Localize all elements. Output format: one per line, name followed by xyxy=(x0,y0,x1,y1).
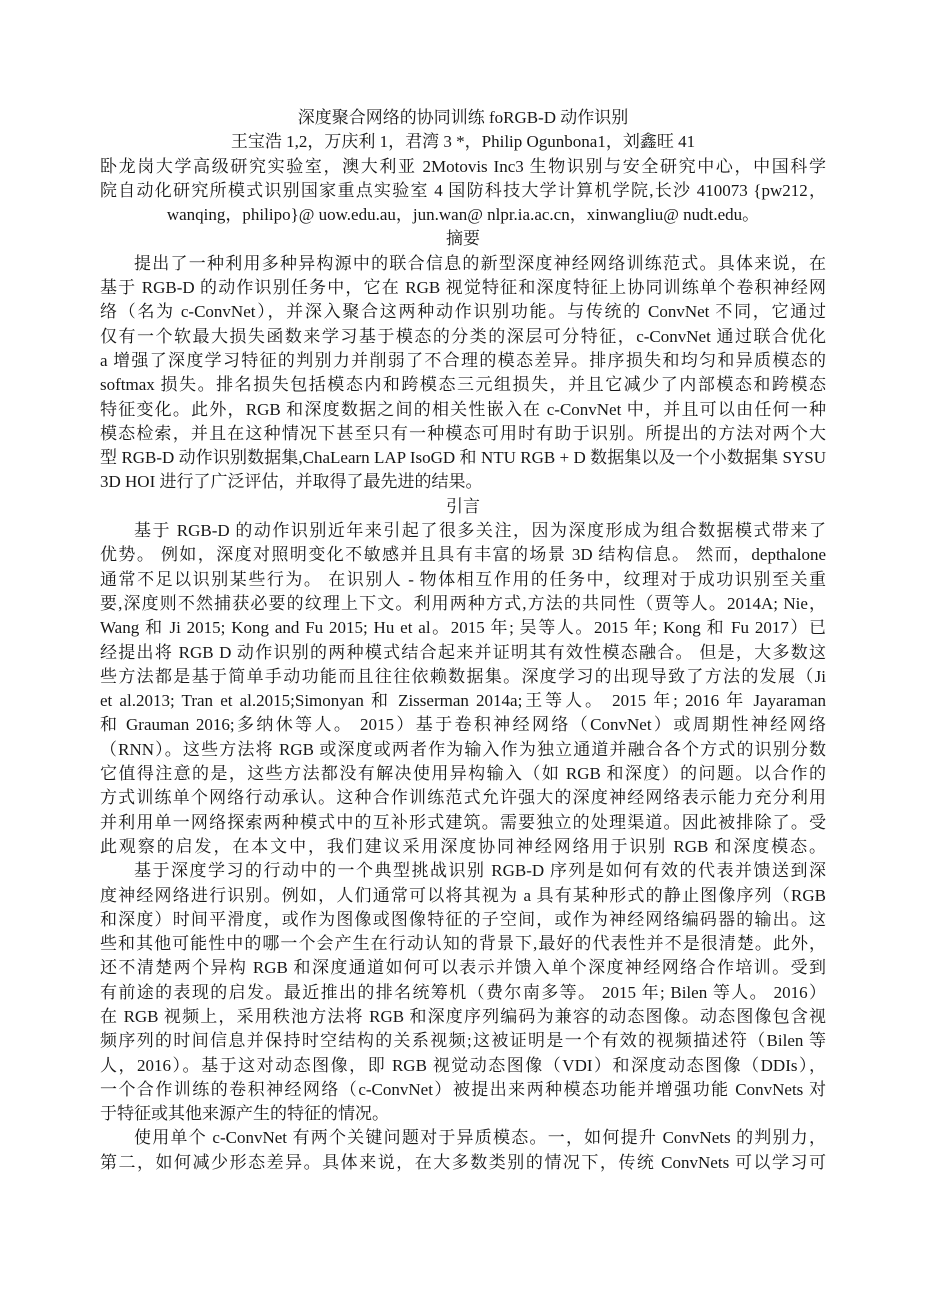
abstract-line: a 增强了深度学习特征的判别力并削弱了不合理的模态差异。排序损失和均匀和异质模态… xyxy=(100,349,826,373)
intro-line: 此观察的启发，在本文中，我们建议采用深度协同神经网络用于识别 RGB 和深度模态… xyxy=(100,835,826,859)
affiliation-line: 院自动化研究所模式识别国家重点实验室 4 国防科技大学计算机学院,长沙 4100… xyxy=(100,179,826,203)
intro-line: 并利用单一网络探索两种模式中的互补形式建筑。需要独立的处理渠道。因此被排除了。受 xyxy=(100,811,826,835)
abstract-line: 3D HOI 进行了广泛评估，并取得了最先进的结果。 xyxy=(100,470,826,494)
abstract-line: 提出了一种利用多种异构源中的联合信息的新型深度神经网络训练范式。具体来说，在 xyxy=(100,252,826,276)
intro-line: 要,深度则不然捕获必要的纹理上下文。利用两种方式,方法的共同性（贾等人。2014… xyxy=(100,592,826,616)
abstract-line: 模态检索，并且在这种情况下甚至只有一种模态可用时有助于识别。所提出的方法对两个大 xyxy=(100,422,826,446)
intro-line: 它值得注意的是，这些方法都没有解决使用异构输入（如 RGB 和深度）的问题。以合… xyxy=(100,762,826,786)
text-block: 深度聚合网络的协同训练 foRGB-D 动作识别王宝浩 1,2，万庆利 1，君湾… xyxy=(100,106,826,1175)
intro-line: Wang 和 Ji 2015; Kong and Fu 2015; Hu et … xyxy=(100,616,826,640)
intro-line: 经提出将 RGB D 动作识别的两种模式结合起来并证明其有效性模态融合。 但是，… xyxy=(100,641,826,665)
abstract-line: 特征变化。此外，RGB 和深度数据之间的相关性嵌入在 c-ConvNet 中，并… xyxy=(100,398,826,422)
intro-line: 优势。 例如，深度对照明变化不敏感并且具有丰富的场景 3D 结构信息。 然而，d… xyxy=(100,543,826,567)
intro-line: 基于深度学习的行动中的一个典型挑战识别 RGB-D 序列是如何有效的代表并馈送到… xyxy=(100,859,826,883)
affiliation-line: 卧龙岗大学高级研究实验室，澳大利亚 2Motovis Inc3 生物识别与安全研… xyxy=(100,155,826,179)
intro-line: et al.2013; Tran et al.2015;Simonyan 和 Z… xyxy=(100,689,826,713)
intro-line: 些方法都是基于简单手动功能而且往往依赖数据集。深度学习的出现导致了方法的发展（J… xyxy=(100,665,826,689)
email-line: wanqing，philipo}@ uow.edu.au，jun.wan@ nl… xyxy=(100,203,826,227)
abstract-heading: 摘要 xyxy=(100,227,826,251)
intro-line: 使用单个 c-ConvNet 有两个关键问题对于异质模态。一，如何提升 Conv… xyxy=(100,1126,826,1150)
abstract-line: 仅有一个软最大损失函数来学习基于模态的分类的深层可分特征，c-ConvNet 通… xyxy=(100,325,826,349)
intro-line: 于特征或其他来源产生的特征的情况。 xyxy=(100,1102,826,1126)
intro-line: 有前途的表现的启发。最近推出的排名统筹机（费尔南多等。 2015 年; Bile… xyxy=(100,981,826,1005)
abstract-line: 型 RGB-D 动作识别数据集,ChaLearn LAP IsoGD 和 NTU… xyxy=(100,446,826,470)
intro-line: 基于 RGB-D 的动作识别近年来引起了很多关注，因为深度形成为组合数据模式带来… xyxy=(100,519,826,543)
intro-line: 度神经网络进行识别。例如，人们通常可以将其视为 a 具有某种形式的静止图像序列（… xyxy=(100,884,826,908)
intro-line: 些和其他可能性中的哪一个会产生在行动认知的背景下,最好的代表性并不是很清楚。此外… xyxy=(100,932,826,956)
intro-line: 和深度）时间平滑度，或作为图像或图像特征的子空间，或作为神经网络编码器的输出。这 xyxy=(100,908,826,932)
intro-line: 在 RGB 视频上，采用秩池方法将 RGB 和深度序列编码为兼容的动态图像。动态… xyxy=(100,1005,826,1029)
document-page: 深度聚合网络的协同训练 foRGB-D 动作识别王宝浩 1,2，万庆利 1，君湾… xyxy=(0,0,926,1309)
author-line: 王宝浩 1,2，万庆利 1，君湾 3 *，Philip Ogunbona1，刘鑫… xyxy=(100,130,826,154)
intro-line: 方式训练单个网络行动承认。这种合作训练范式允许强大的深度神经网络表示能力充分利用 xyxy=(100,786,826,810)
intro-line: 一个合作训练的卷积神经网络（c-ConvNet）被提出来两种模态功能并增强功能 … xyxy=(100,1078,826,1102)
intro-line: （RNN）。这些方法将 RGB 或深度或两者作为输入作为独立通道并融合各个方式的… xyxy=(100,738,826,762)
intro-line: 人，2016）。基于这对动态图像，即 RGB 视觉动态图像（VDI）和深度动态图… xyxy=(100,1054,826,1078)
intro-line: 还不清楚两个异构 RGB 和深度通道如何可以表示并馈入单个深度神经网络合作培训。… xyxy=(100,956,826,980)
paper-title: 深度聚合网络的协同训练 foRGB-D 动作识别 xyxy=(100,106,826,130)
intro-line: 通常不足以识别某些行为。 在识别人 - 物体相互作用的任务中，纹理对于成功识别至… xyxy=(100,568,826,592)
intro-line: 频序列的时间信息并保持时空结构的关系视频;这被证明是一个有效的视频描述符（Bil… xyxy=(100,1029,826,1053)
intro-line: 第二，如何减少形态差异。具体来说，在大多数类别的情况下，传统 ConvNets … xyxy=(100,1151,826,1175)
intro-line: 和 Grauman 2016;多纳休等人。 2015）基于卷积神经网络（Conv… xyxy=(100,713,826,737)
abstract-line: softmax 损失。排名损失包括模态内和跨模态三元组损失，并且它减少了内部模态… xyxy=(100,373,826,397)
abstract-line: 络（名为 c-ConvNet），并深入聚合这两种动作识别功能。与传统的 Conv… xyxy=(100,300,826,324)
intro-heading: 引言 xyxy=(100,495,826,519)
abstract-line: 基于 RGB-D 的动作识别任务中，它在 RGB 视觉特征和深度特征上协同训练单… xyxy=(100,276,826,300)
